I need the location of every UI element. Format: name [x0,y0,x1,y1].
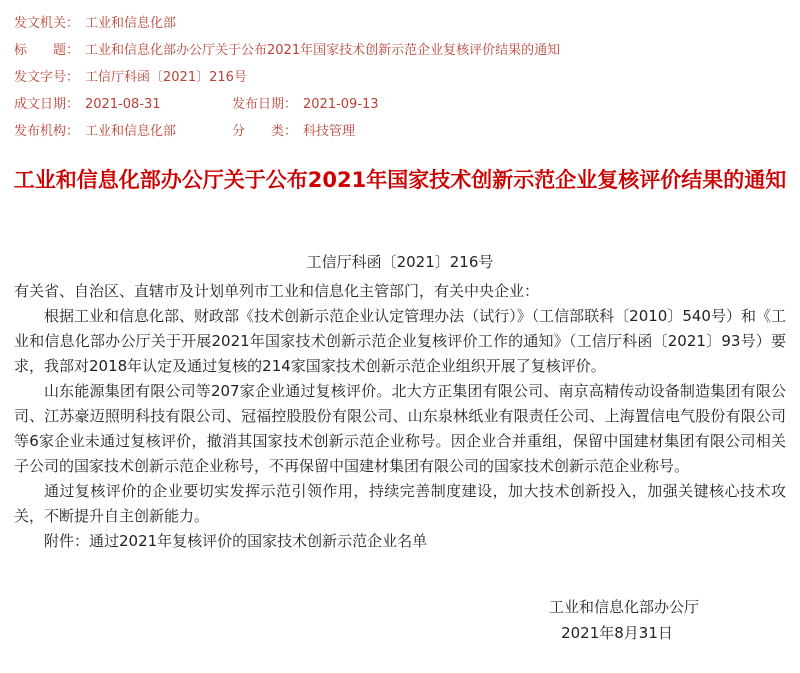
attachment-line: 附件：通过2021年复核评价的国家技术创新示范企业名单 [14,529,786,554]
document-body: 有关省、自治区、直辖市及计划单列市工业和信息化主管部门，有关中央企业： 根据工业… [14,279,786,646]
meta-value-title: 工业和信息化部办公厅关于公布2021年国家技术创新示范企业复核评价结果的通知 [85,37,560,64]
meta-value-publish-date: 2021-09-13 [303,91,379,118]
meta-cell-category: 分 类： 科技管理 [232,118,355,145]
meta-row-dates: 成文日期： 2021-08-31 发布日期： 2021-09-13 [14,91,786,118]
document-page: 发文机关： 工业和信息化部 标 题： 工业和信息化部办公厅关于公布2021年国家… [0,0,800,673]
document-title: 工业和信息化部办公厅关于公布2021年国家技术创新示范企业复核评价结果的通知 [8,165,792,195]
meta-row-doc-number: 发文字号： 工信厅科函〔2021〕216号 [14,64,786,91]
meta-row-issuer: 发文机关： 工业和信息化部 [14,10,786,37]
meta-row-title: 标 题： 工业和信息化部办公厅关于公布2021年国家技术创新示范企业复核评价结果… [14,37,786,64]
salutation-line: 有关省、自治区、直辖市及计划单列市工业和信息化主管部门，有关中央企业： [14,279,786,304]
meta-row-org-category: 发布机构： 工业和信息化部 分 类： 科技管理 [14,118,786,145]
signature-agency: 工业和信息化部办公厅 [534,594,714,620]
meta-value-issuer: 工业和信息化部 [85,10,176,37]
meta-label-written-date: 成文日期： [14,91,79,118]
document-number-line: 工信厅科函〔2021〕216号 [0,250,800,275]
meta-label-title: 标 题： [14,37,79,64]
document-meta-block: 发文机关： 工业和信息化部 标 题： 工业和信息化部办公厅关于公布2021年国家… [0,0,800,145]
meta-value-publish-org: 工业和信息化部 [85,118,176,145]
meta-label-publish-date: 发布日期： [232,91,297,118]
meta-label-category: 分 类： [232,118,297,145]
meta-label-issuer: 发文机关： [14,10,79,37]
meta-label-doc-number: 发文字号： [14,64,79,91]
meta-value-category: 科技管理 [303,118,355,145]
meta-cell-publish-date: 发布日期： 2021-09-13 [232,91,379,118]
signature-date: 2021年8月31日 [534,620,714,646]
body-paragraph-3: 通过复核评价的企业要切实发挥示范引领作用，持续完善制度建设，加大技术创新投入，加… [14,479,786,529]
meta-value-doc-number: 工信厅科函〔2021〕216号 [85,64,247,91]
signature-block: 工业和信息化部办公厅 2021年8月31日 [534,594,714,646]
meta-cell-written-date: 成文日期： 2021-08-31 [14,91,232,118]
body-paragraph-1: 根据工业和信息化部、财政部《技术创新示范企业认定管理办法（试行）》（工信部联科〔… [14,304,786,379]
meta-cell-publish-org: 发布机构： 工业和信息化部 [14,118,232,145]
body-paragraph-2: 山东能源集团有限公司等207家企业通过复核评价。北大方正集团有限公司、南京高精传… [14,379,786,479]
meta-label-publish-org: 发布机构： [14,118,79,145]
meta-value-written-date: 2021-08-31 [85,91,161,118]
